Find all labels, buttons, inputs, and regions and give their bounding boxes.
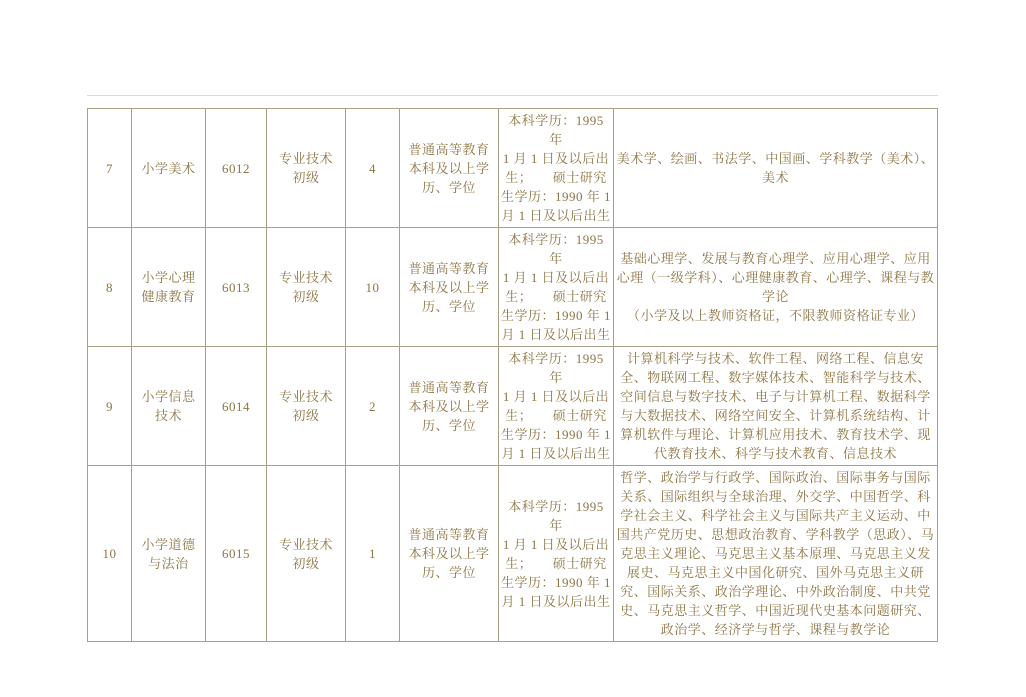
cell-headcount: 4 xyxy=(346,109,400,228)
cell-major-requirement: 基础心理学、发展与教育心理学、应用心理学、应用心理（一级学科）、心理健康教育、心… xyxy=(614,228,938,347)
table-row: 10 小学道德 与法治 6015 专业技术 初级 1 普通高等教育 本科及以上学… xyxy=(88,466,938,642)
cell-position-code: 6013 xyxy=(206,228,267,347)
cell-education-requirement: 普通高等教育 本科及以上学 历、学位 xyxy=(400,228,499,347)
cell-position-name: 小学美术 xyxy=(132,109,206,228)
cell-row-number: 8 xyxy=(88,228,132,347)
cell-position-name: 小学心理 健康教育 xyxy=(132,228,206,347)
cell-position-code: 6014 xyxy=(206,347,267,466)
cell-age-requirement: 本科学历：1995 年 1 月 1 日及以后出 生； 硕士研究 生学历：1990… xyxy=(499,466,614,642)
cell-headcount: 2 xyxy=(346,347,400,466)
cell-headcount: 10 xyxy=(346,228,400,347)
cell-age-requirement: 本科学历：1995 年 1 月 1 日及以后出 生； 硕士研究 生学历：1990… xyxy=(499,109,614,228)
document-page: 7 小学美术 6012 专业技术 初级 4 普通高等教育 本科及以上学 历、学位… xyxy=(0,0,1026,697)
cell-row-number: 9 xyxy=(88,347,132,466)
cell-education-requirement: 普通高等教育 本科及以上学 历、学位 xyxy=(400,109,499,228)
cell-education-requirement: 普通高等教育 本科及以上学 历、学位 xyxy=(400,466,499,642)
table-row: 7 小学美术 6012 专业技术 初级 4 普通高等教育 本科及以上学 历、学位… xyxy=(88,109,938,228)
cell-age-requirement: 本科学历：1995 年 1 月 1 日及以后出 生； 硕士研究 生学历：1990… xyxy=(499,347,614,466)
table-row: 9 小学信息 技术 6014 专业技术 初级 2 普通高等教育 本科及以上学 历… xyxy=(88,347,938,466)
cell-major-requirement: 哲学、政治学与行政学、国际政治、国际事务与国际关系、国际组织与全球治理、外交学、… xyxy=(614,466,938,642)
page-top-cutoff-rule xyxy=(87,95,938,96)
cell-position-category: 专业技术 初级 xyxy=(267,466,346,642)
cell-position-code: 6015 xyxy=(206,466,267,642)
table-row: 8 小学心理 健康教育 6013 专业技术 初级 10 普通高等教育 本科及以上… xyxy=(88,228,938,347)
cell-position-category: 专业技术 初级 xyxy=(267,228,346,347)
cell-headcount: 1 xyxy=(346,466,400,642)
cell-position-category: 专业技术 初级 xyxy=(267,109,346,228)
cell-major-requirement: 美术学、绘画、书法学、中国画、学科教学（美术）、美术 xyxy=(614,109,938,228)
cell-row-number: 7 xyxy=(88,109,132,228)
cell-major-requirement: 计算机科学与技术、软件工程、网络工程、信息安全、物联网工程、数字媒体技术、智能科… xyxy=(614,347,938,466)
cell-position-code: 6012 xyxy=(206,109,267,228)
position-table: 7 小学美术 6012 专业技术 初级 4 普通高等教育 本科及以上学 历、学位… xyxy=(87,108,938,642)
cell-position-name: 小学信息 技术 xyxy=(132,347,206,466)
cell-position-name: 小学道德 与法治 xyxy=(132,466,206,642)
cell-row-number: 10 xyxy=(88,466,132,642)
cell-education-requirement: 普通高等教育 本科及以上学 历、学位 xyxy=(400,347,499,466)
cell-age-requirement: 本科学历：1995 年 1 月 1 日及以后出 生； 硕士研究 生学历：1990… xyxy=(499,228,614,347)
cell-position-category: 专业技术 初级 xyxy=(267,347,346,466)
